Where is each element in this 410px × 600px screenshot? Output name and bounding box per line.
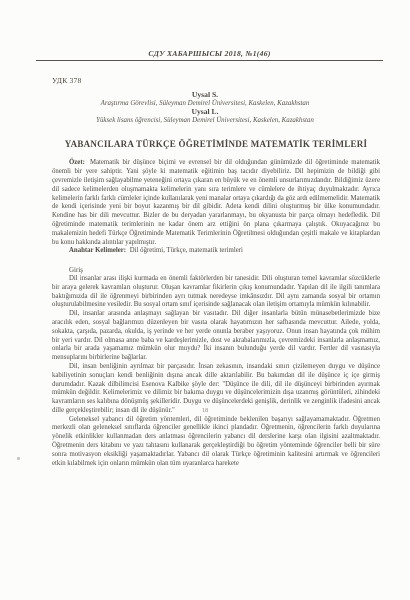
section-heading-giris: Giriş bbox=[69, 266, 380, 275]
abstract-label: Özet: bbox=[69, 159, 85, 166]
authors-block: Uysal S. Araştırma Görevlisi, Süleyman D… bbox=[0, 91, 410, 125]
page-number: 18 bbox=[0, 407, 410, 414]
author-name: Uysal S. bbox=[0, 91, 410, 100]
scanned-paper-page: СДУ ХАБАРШЫСЫ 2018, №1(46) УДК 378 Uysal… bbox=[0, 0, 410, 600]
body-paragraph: Dil, insanlar arasında anlaşmayı sağlaya… bbox=[52, 310, 380, 363]
paper-title: YABANCILARA TÜRKÇE ÖĞRETİMİNDE MATEMATİK… bbox=[52, 139, 380, 150]
scan-artifact-speck bbox=[17, 457, 20, 460]
journal-header-text: СДУ ХАБАРШЫСЫ 2018, №1(46) bbox=[148, 49, 270, 58]
author-affiliation: Yüksek lisans öğrencisi, Süleyman Demire… bbox=[0, 117, 410, 126]
author-name: Uysal L. bbox=[0, 108, 410, 117]
page-content: СДУ ХАБАРШЫСЫ 2018, №1(46) УДК 378 Uysal… bbox=[0, 49, 410, 468]
udc-number: УДК 378 bbox=[52, 76, 410, 85]
keywords-text: Dil öğretimi, Türkçe, matematik terimler… bbox=[130, 247, 243, 254]
keywords-label: Anahtar Kelimeler: bbox=[69, 247, 126, 254]
keywords-line: Anahtar Kelimeler: Dil öğretimi, Türkçe,… bbox=[52, 247, 380, 256]
journal-header: СДУ ХАБАРШЫСЫ 2018, №1(46) bbox=[36, 49, 383, 61]
body-paragraph: Dil insanlar arası ilişki kurmada en öne… bbox=[52, 275, 380, 310]
body-paragraph: Geleneksel yabancı dil öğretim yöntemler… bbox=[52, 416, 380, 469]
abstract-text: Matematik bir düşünce biçimi ve evrensel… bbox=[52, 159, 380, 245]
abstract: Özet: Matematik bir düşünce biçimi ve ev… bbox=[52, 159, 380, 247]
